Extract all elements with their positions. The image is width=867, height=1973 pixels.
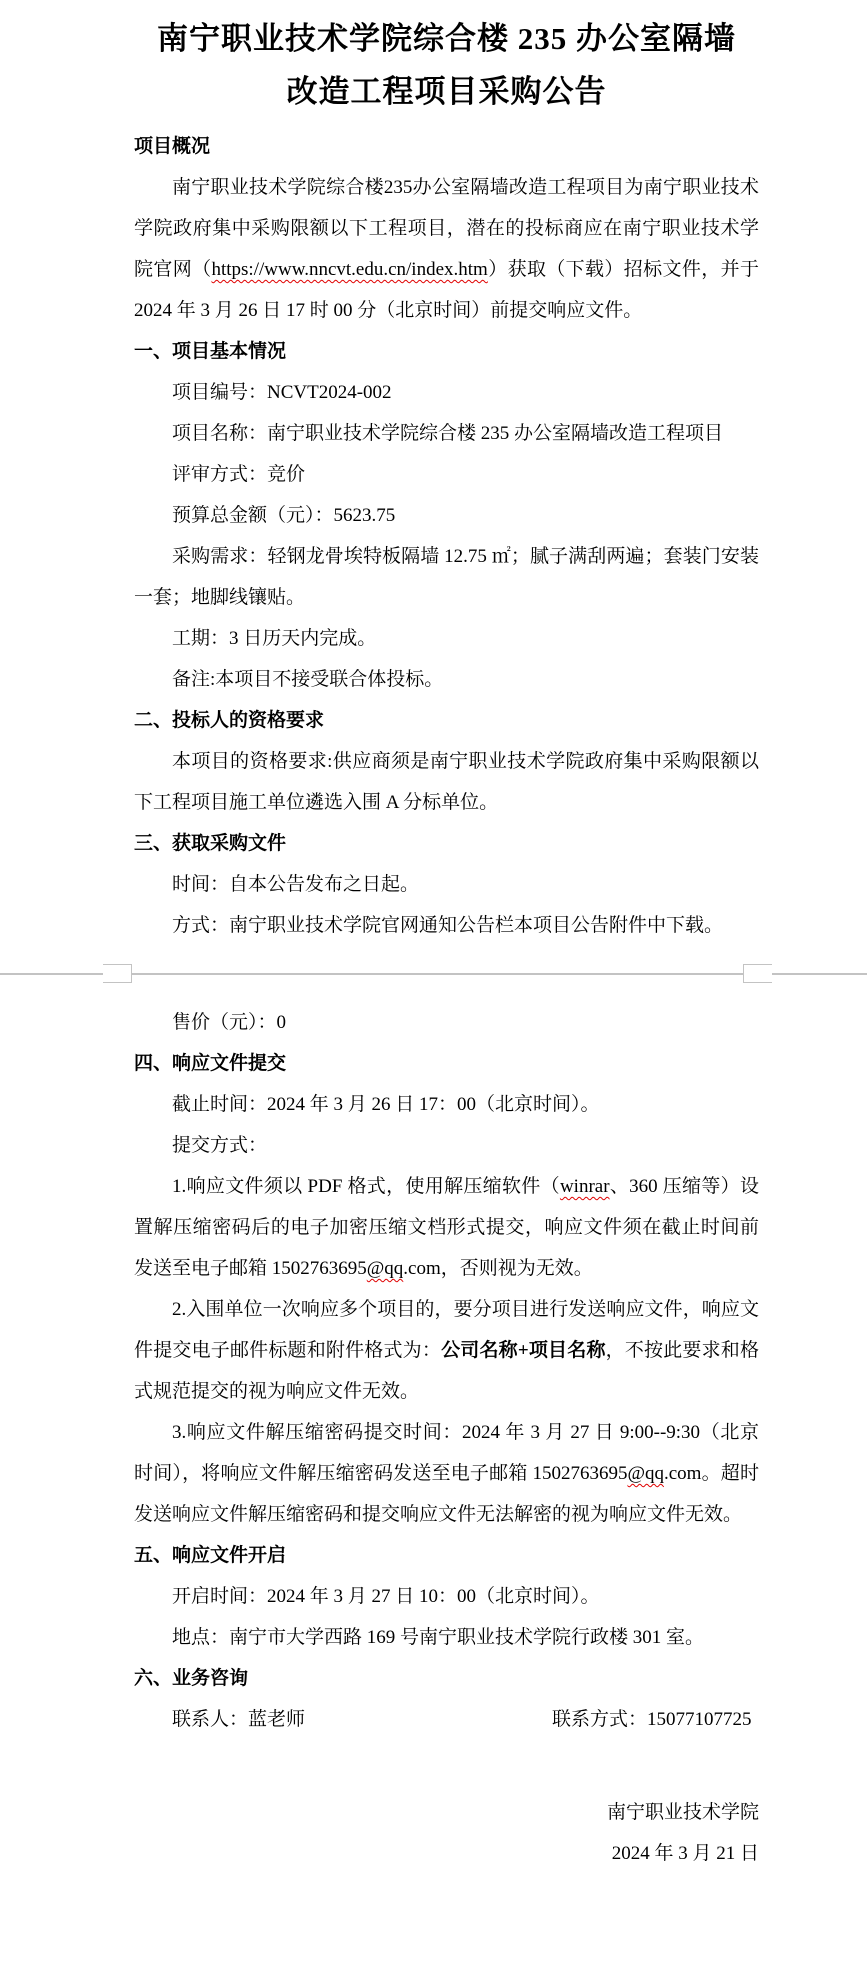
- text-run: 公司名称+项目名称: [441, 1340, 606, 1361]
- text-run: 备注:本项目不接受联合体投标。: [172, 669, 443, 690]
- page-margin-mark-right: [743, 964, 772, 983]
- text-run: 地点：南宁市大学西路 169 号南宁职业技术学院行政楼 301 室。: [172, 1627, 704, 1648]
- paragraph: 截止时间：2024 年 3 月 26 日 17：00（北京时间）。: [134, 1084, 759, 1125]
- paragraph: 项目名称：南宁职业技术学院综合楼 235 办公室隔墙改造工程项目: [134, 413, 759, 454]
- website-url-text: https://www.nncvt.edu.cn/index.htm: [211, 259, 487, 280]
- text-run: 六、业务咨询: [134, 1668, 248, 1689]
- paragraph: 评审方式：竞价: [134, 454, 759, 495]
- text-run: 方式：南宁职业技术学院官网通知公告栏本项目公告附件中下载。: [172, 915, 723, 936]
- document-page: 南宁职业技术学院综合楼 235 办公室隔墙 改造工程项目采购公告 项目概况南宁职…: [0, 0, 867, 1874]
- text-run: 评审方式：竞价: [172, 464, 305, 485]
- page-margin-mark-left: [103, 964, 132, 983]
- contact-phone: 联系方式：15077107725: [514, 1699, 752, 1740]
- paragraph: 备注:本项目不接受联合体投标。: [134, 659, 759, 700]
- section-heading: 项目概况: [134, 126, 759, 167]
- text-run: 项目编号：NCVT2024-002: [172, 382, 392, 403]
- document-title-line-1: 南宁职业技术学院综合楼 235 办公室隔墙: [134, 12, 759, 65]
- contact-line: 联系人：蓝老师联系方式：15077107725: [134, 1699, 759, 1740]
- text-run: 开启时间：2024 年 3 月 27 日 10：00（北京时间）。: [172, 1586, 600, 1607]
- signature-date: 2024 年 3 月 21 日: [134, 1833, 759, 1874]
- section-heading: 五、响应文件开启: [134, 1535, 759, 1576]
- text-run: 截止时间：2024 年 3 月 26 日 17：00（北京时间）。: [172, 1094, 600, 1115]
- paragraph: 开启时间：2024 年 3 月 27 日 10：00（北京时间）。: [134, 1576, 759, 1617]
- section-heading: 六、业务咨询: [134, 1658, 759, 1699]
- document-title: 南宁职业技术学院综合楼 235 办公室隔墙 改造工程项目采购公告: [0, 12, 867, 118]
- section-heading: 一、项目基本情况: [134, 331, 759, 372]
- document-body: 项目概况南宁职业技术学院综合楼235办公室隔墙改造工程项目为南宁职业技术学院政府…: [0, 126, 867, 1740]
- paragraph: 3.响应文件解压缩密码提交时间：2024 年 3 月 27 日 9:00--9:…: [134, 1412, 759, 1535]
- winrar-text: winrar: [560, 1176, 610, 1197]
- paragraph: 工期：3 日历天内完成。: [134, 618, 759, 659]
- paragraph: 预算总金额（元）：5623.75: [134, 495, 759, 536]
- page-break: [0, 948, 867, 1000]
- signature-org: 南宁职业技术学院: [134, 1792, 759, 1833]
- section-heading: 二、投标人的资格要求: [134, 700, 759, 741]
- text-run: 采购需求：轻钢龙骨埃特板隔墙 12.75 ㎡；腻子满刮两遍；套装门安装一套；地脚…: [134, 546, 759, 608]
- paragraph: 方式：南宁职业技术学院官网通知公告栏本项目公告附件中下载。: [134, 905, 759, 946]
- paragraph: 售价（元）：0: [134, 1002, 759, 1043]
- text-run: 项目概况: [134, 136, 210, 157]
- paragraph: 本项目的资格要求:供应商须是南宁职业技术学院政府集中采购限额以下工程项目施工单位…: [134, 741, 759, 823]
- text-run: 预算总金额（元）：5623.75: [172, 505, 395, 526]
- section-heading: 三、获取采购文件: [134, 823, 759, 864]
- text-run: 四、响应文件提交: [134, 1053, 286, 1074]
- paragraph: 采购需求：轻钢龙骨埃特板隔墙 12.75 ㎡；腻子满刮两遍；套装门安装一套；地脚…: [134, 536, 759, 618]
- text-run: 提交方式：: [172, 1135, 267, 1156]
- text-run: 三、获取采购文件: [134, 833, 286, 854]
- text-run: 二、投标人的资格要求: [134, 710, 324, 731]
- text-run: .com，否则视为无效。: [403, 1258, 592, 1279]
- paragraph: 1.响应文件须以 PDF 格式，使用解压缩软件（winrar、360 压缩等）设…: [134, 1166, 759, 1289]
- paragraph: 提交方式：: [134, 1125, 759, 1166]
- paragraph: 项目编号：NCVT2024-002: [134, 372, 759, 413]
- text-run: 1.响应文件须以 PDF 格式，使用解压缩软件（: [172, 1176, 560, 1197]
- paragraph: 地点：南宁市大学西路 169 号南宁职业技术学院行政楼 301 室。: [134, 1617, 759, 1658]
- text-run: 项目名称：南宁职业技术学院综合楼 235 办公室隔墙改造工程项目: [172, 423, 723, 444]
- document-title-line-2: 改造工程项目采购公告: [134, 65, 759, 118]
- text-run: 一、项目基本情况: [134, 341, 286, 362]
- paragraph: 2.入围单位一次响应多个项目的，要分项目进行发送响应文件，响应文件提交电子邮件标…: [134, 1289, 759, 1412]
- text-run: 五、响应文件开启: [134, 1545, 286, 1566]
- email-domain-text: @qq: [627, 1463, 664, 1484]
- contact-person: 联系人：蓝老师: [172, 1709, 305, 1730]
- paragraph: 时间：自本公告发布之日起。: [134, 864, 759, 905]
- text-run: 时间：自本公告发布之日起。: [172, 874, 419, 895]
- text-run: 售价（元）：0: [172, 1012, 286, 1033]
- paragraph: 南宁职业技术学院综合楼235办公室隔墙改造工程项目为南宁职业技术学院政府集中采购…: [134, 167, 759, 331]
- email-domain-text: @qq: [367, 1258, 404, 1279]
- section-heading: 四、响应文件提交: [134, 1043, 759, 1084]
- text-run: 本项目的资格要求:供应商须是南宁职业技术学院政府集中采购限额以下工程项目施工单位…: [134, 751, 759, 813]
- text-run: 工期：3 日历天内完成。: [172, 628, 376, 649]
